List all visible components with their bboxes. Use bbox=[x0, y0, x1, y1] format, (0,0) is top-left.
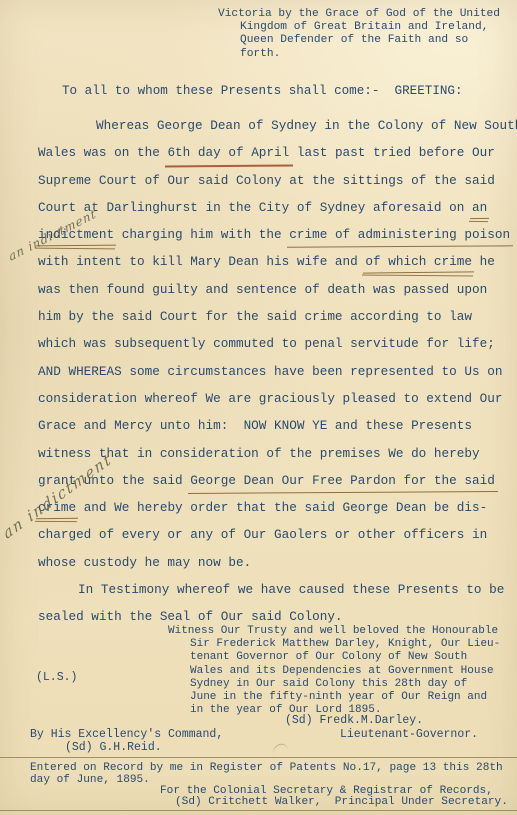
text-segment: In Testimony whereof we have caused thes… bbox=[78, 582, 504, 597]
pardon-body-text: Whereas George Dean of Sydney in the Col… bbox=[38, 112, 506, 631]
document-line: which was subsequently commuted to penal… bbox=[38, 330, 506, 357]
underline-text: crime of administering poison bbox=[289, 221, 510, 248]
header-line: Kingdom of Great Britain and Ireland, bbox=[218, 21, 500, 34]
document-line: AND WHEREAS some circumstances have been… bbox=[38, 358, 506, 385]
text-segment: Court at Darlinghurst in the City of Syd… bbox=[38, 200, 472, 215]
text-segment: and We hereby order that the said George… bbox=[76, 500, 487, 515]
header-line: forth. bbox=[218, 48, 500, 61]
text-segment: last past tried before Our bbox=[289, 145, 495, 160]
document-line: with intent to kill Mary Dean his wife a… bbox=[38, 248, 506, 275]
witness-line: Sydney in Our said Colony this 28th day … bbox=[168, 678, 500, 691]
red-underline-text: 6th day of April bbox=[167, 139, 289, 166]
document-line: indictment charging him with the crime o… bbox=[38, 221, 506, 248]
document-line: Court at Darlinghurst in the City of Syd… bbox=[38, 194, 506, 221]
reid-signature: (Sd) G.H.Reid. bbox=[65, 741, 162, 754]
walker-signature: (Sd) Critchett Walker, Principal Under S… bbox=[175, 796, 508, 808]
document-line: In Testimony whereof we have caused thes… bbox=[38, 576, 506, 603]
witness-line: Sir Frederick Matthew Darley, Knight, Ou… bbox=[168, 638, 500, 651]
text-segment: charged of every or any of Our Gaolers o… bbox=[38, 527, 487, 542]
document-line: consideration whereof We are graciously … bbox=[38, 385, 506, 412]
document-line: was then found guilty and sentence of de… bbox=[38, 276, 506, 303]
witness-line: Wales and its Dependencies at Government… bbox=[168, 665, 500, 678]
document-line: grant unto the said George Dean Our Free… bbox=[38, 467, 506, 494]
header-line: Victoria by the Grace of God of the Unit… bbox=[218, 8, 500, 21]
record-entry-block: Entered on Record by me in Register of P… bbox=[30, 762, 503, 786]
pencil-mark bbox=[271, 742, 289, 755]
text-segment: with intent to kill Mary Dean his wife a… bbox=[38, 254, 365, 269]
record-line: Entered on Record by me in Register of P… bbox=[30, 762, 503, 774]
double-underline-text: an bbox=[472, 194, 487, 221]
document-line: whose custody he may now be. bbox=[38, 549, 506, 576]
document-line: crime and We hereby order that the said … bbox=[38, 494, 506, 521]
document-line: him by the said Court for the said crime… bbox=[38, 303, 506, 330]
excellency-command-line: By His Excellency's Command, bbox=[30, 728, 223, 741]
document-line: charged of every or any of Our Gaolers o… bbox=[38, 521, 506, 548]
text-segment: Whereas George Dean of Sydney in the Col… bbox=[96, 118, 517, 133]
document-line: Whereas George Dean of Sydney in the Col… bbox=[38, 112, 506, 139]
locus-sigilli-mark: (L.S.) bbox=[36, 671, 77, 684]
darley-signature: (Sd) Fredk.M.Darley. bbox=[285, 714, 423, 727]
text-segment: which was subsequently commuted to penal… bbox=[38, 336, 495, 351]
header-line: Queen Defender of the Faith and so bbox=[218, 34, 500, 47]
text-segment: Wales was on the bbox=[38, 145, 167, 160]
document-line: Wales was on the 6th day of April last p… bbox=[38, 139, 506, 166]
text-segment: charging him with the bbox=[114, 227, 289, 242]
text-segment: was then found guilty and sentence of de… bbox=[38, 282, 487, 297]
horizontal-rule bbox=[0, 757, 517, 758]
witness-clause: Witness Our Trusty and well beloved the … bbox=[168, 625, 500, 717]
document-line: Supreme Court of Our said Colony at the … bbox=[38, 167, 506, 194]
darley-title: Lieutenant-Governor. bbox=[340, 728, 478, 741]
text-segment: him by the said Court for the said crime… bbox=[38, 309, 472, 324]
double-underline-text: of which crime bbox=[365, 248, 472, 275]
underline-text: George Dean Our Free Pardon for the said bbox=[190, 467, 495, 494]
text-segment: sealed with the Seal of Our said Colony. bbox=[38, 609, 343, 624]
document-line: Grace and Mercy unto him: NOW KNOW YE an… bbox=[38, 412, 506, 439]
text-segment: Grace and Mercy unto him: NOW KNOW YE an… bbox=[38, 418, 472, 433]
text-segment: consideration whereof We are graciously … bbox=[38, 391, 502, 406]
salutation-line: To all to whom these Presents shall come… bbox=[62, 84, 463, 98]
text-segment: whose custody he may now be. bbox=[38, 555, 251, 570]
pardon-document-page: Victoria by the Grace of God of the Unit… bbox=[0, 0, 517, 815]
witness-line: tenant Governor of Our Colony of New Sou… bbox=[168, 651, 500, 664]
text-segment: AND WHEREAS some circumstances have been… bbox=[38, 364, 502, 379]
witness-line: June in the fifty-ninth year of Our Reig… bbox=[168, 691, 500, 704]
text-segment: Supreme Court of Our said Colony at the … bbox=[38, 173, 495, 188]
royal-style-header: Victoria by the Grace of God of the Unit… bbox=[218, 8, 500, 61]
horizontal-rule bbox=[0, 810, 517, 811]
witness-line: Witness Our Trusty and well beloved the … bbox=[168, 625, 500, 638]
text-segment: he bbox=[472, 254, 495, 269]
